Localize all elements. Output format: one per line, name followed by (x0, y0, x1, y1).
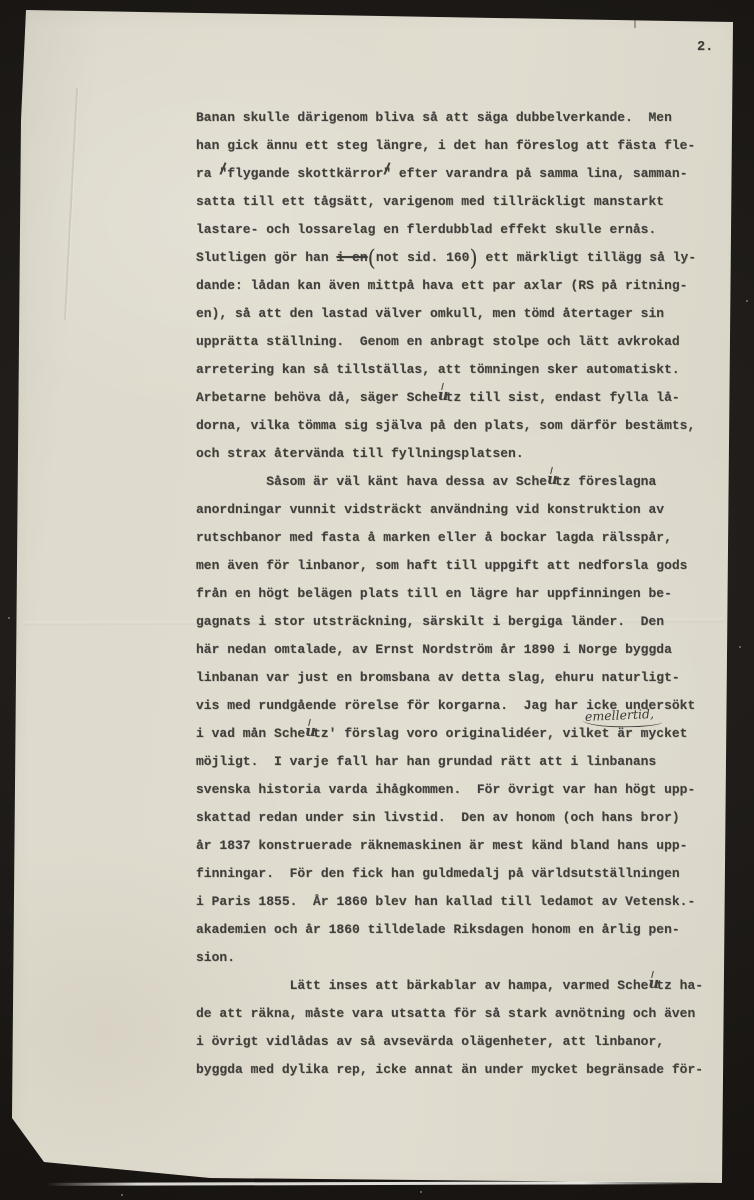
text-line: skattad redan under sin livstid. Den av … (196, 804, 703, 832)
text-line: en), så att den lastad välver omkull, me… (196, 300, 703, 328)
handwritten-letter: u (305, 725, 313, 739)
typed-text: Slutligen gör han (196, 250, 336, 265)
text-line: och strax återvända till fyllningsplatse… (196, 440, 703, 468)
paragraph: Banan skulle därigenom bliva så att säga… (196, 104, 703, 468)
document-text: Banan skulle därigenom bliva så att säga… (196, 104, 703, 1084)
typed-text: efter varandra på samma lina, samman- (391, 166, 687, 181)
typed-text: linbanan var just en bromsbana av detta … (196, 670, 680, 685)
handwritten-letter: u (648, 977, 656, 991)
typed-text: i vad mån Sche (196, 726, 305, 741)
handwritten-insert: emellertid, (585, 711, 586, 723)
typed-text: gagnats i stor utsträckning, särskilt i … (196, 614, 664, 629)
paper-mark (634, 15, 636, 28)
dust-speck (420, 1191, 422, 1193)
typed-text: finningar. För den fick han guldmedalj p… (196, 866, 680, 881)
typed-text: akademien och år 1860 tilldelade Riksdag… (196, 922, 680, 937)
typed-text: rutschbanor med fasta å marken eller å b… (196, 530, 672, 545)
typed-text: dorna, vilka tömma sig själva på den pla… (196, 418, 695, 433)
text-line: år 1837 konstruerade räknemaskinen är me… (196, 832, 703, 860)
typed-text: Såsom är väl känt hava dessa av Sche (196, 474, 547, 489)
text-line: möjligt. I varje fall har han grundad rä… (196, 748, 703, 776)
paper-sheet: 2. Banan skulle därigenom bliva så att s… (0, 0, 754, 1200)
typed-text: ra (196, 166, 219, 181)
typed-text: lastare- och lossarelag en flerdubblad e… (196, 222, 656, 237)
text-line: från en högt belägen plats till en lägre… (196, 580, 703, 608)
text-line: dande: lådan kan även mittpå hava ett pa… (196, 272, 703, 300)
typed-text: en), så att den lastad välver omkull, me… (196, 306, 664, 321)
page-number: 2. (697, 40, 713, 55)
text-line: upprätta ställning. Genom en anbragt sto… (196, 328, 703, 356)
text-line: arretering kan så tillställas, att tömni… (196, 356, 703, 384)
typed-text: dande: lådan kan även mittpå hava ett pa… (196, 278, 687, 293)
text-line: akademien och år 1860 tilldelade Riksdag… (196, 916, 703, 944)
text-line: linbanan var just en bromsbana av detta … (196, 664, 703, 692)
text-line: ra "flygande skottkärror" efter varandra… (196, 160, 703, 188)
text-line: byggda med dylika rep, icke annat än und… (196, 1056, 703, 1084)
text-line: i övrigt vidlådas av så avsevärda olägen… (196, 1028, 703, 1056)
typed-text: i övrigt vidlådas av så avsevärda olägen… (196, 1034, 664, 1049)
text-line: Banan skulle därigenom bliva så att säga… (196, 104, 703, 132)
text-line: Lätt inses att bärkablar av hampa, varme… (196, 972, 703, 1000)
typed-text: not sid. 160 (376, 250, 470, 265)
handwritten-letter: u (438, 389, 446, 403)
text-line: satta till ett tågsätt, varigenom med ti… (196, 188, 703, 216)
typed-text: anordningar vunnit vidsträckt användning… (196, 502, 664, 517)
text-line: finningar. För den fick han guldmedalj p… (196, 860, 703, 888)
text-line: rutschbanor med fasta å marken eller å b… (196, 524, 703, 552)
text-line: men även för linbanor, som haft till upp… (196, 552, 703, 580)
text-line: här nedan omtalade, av Ernst Nordström å… (196, 636, 703, 664)
typed-text: Banan skulle därigenom bliva så att säga… (196, 110, 672, 125)
typed-text: satta till ett tågsätt, varigenom med ti… (196, 194, 664, 209)
typed-text: arretering kan så tillställas, att tömni… (196, 362, 680, 377)
dust-speck (8, 617, 10, 619)
typed-text: tz till sist, endast fylla lå- (446, 390, 680, 405)
text-line: svenska historia varda ihågkommen. För ö… (196, 776, 703, 804)
typed-text: de att räkna, måste vara utsatta för så … (196, 1006, 695, 1021)
dust-speck (121, 1194, 123, 1196)
typed-text: byggda med dylika rep, icke annat än und… (196, 1062, 703, 1077)
typed-text: tz' förslag voro originalidéer, vilket (313, 726, 609, 741)
text-line: Såsom är väl känt hava dessa av Scheutz … (196, 468, 703, 496)
scanned-document: 2. Banan skulle därigenom bliva så att s… (0, 0, 754, 1200)
typed-text: svenska historia varda ihågkommen. För ö… (196, 782, 695, 797)
text-line: i vad mån Scheutz' förslag voro original… (196, 720, 703, 748)
typed-text: tz föreslagna (555, 474, 656, 489)
typed-text: sion. (196, 950, 235, 965)
typed-text: flygande skottkärror (227, 166, 383, 181)
typed-text: skattad redan under sin livstid. Den av … (196, 810, 680, 825)
text-line: Arbetarne behöva då, säger Scheutz till … (196, 384, 703, 412)
typed-text: möjligt. I varje fall har han grundad rä… (196, 754, 656, 769)
text-line: Slutligen gör han i en(not sid. 160) ett… (196, 244, 703, 272)
text-line: lastare- och lossarelag en flerdubblad e… (196, 216, 703, 244)
typed-text: här nedan omtalade, av Ernst Nordström å… (196, 642, 672, 657)
typed-text: från en högt belägen plats till en lägre… (196, 586, 672, 601)
handwritten-quote: " (219, 166, 227, 181)
paper-edge-highlight (46, 1181, 702, 1186)
text-line: de att räkna, måste vara utsatta för så … (196, 1000, 703, 1028)
text-line: anordningar vunnit vidsträckt användning… (196, 496, 703, 524)
dust-speck (746, 300, 748, 302)
typed-text: Lätt inses att bärkablar av hampa, varme… (196, 978, 648, 993)
typed-text: är mycket (609, 726, 687, 741)
typed-text: tz ha- (656, 978, 703, 993)
typed-text: han gick ännu ett steg längre, i det han… (196, 138, 695, 153)
handwritten-letter: u (547, 473, 555, 487)
text-line: dorna, vilka tömma sig själva på den pla… (196, 412, 703, 440)
typed-text: och strax återvända till fyllningsplatse… (196, 446, 524, 461)
struck-text: i en (336, 250, 367, 265)
text-line: gagnats i stor utsträckning, särskilt i … (196, 608, 703, 636)
paper-crease (64, 88, 78, 320)
text-line: i Paris 1855. År 1860 blev han kallad ti… (196, 888, 703, 916)
text-line: han gick ännu ett steg längre, i det han… (196, 132, 703, 160)
text-line: sion. (196, 944, 703, 972)
paragraph: Såsom är väl känt hava dessa av Scheutz … (196, 468, 703, 972)
paragraph: Lätt inses att bärkablar av hampa, varme… (196, 972, 703, 1084)
typed-text: i Paris 1855. År 1860 blev han kallad ti… (196, 894, 695, 909)
dust-speck (739, 646, 741, 648)
typed-text: upprätta ställning. Genom en anbragt sto… (196, 334, 680, 349)
typed-text: år 1837 konstruerade räknemaskinen är me… (196, 838, 687, 853)
typed-text: ett märkligt tillägg så ly- (478, 250, 696, 265)
typed-text: men även för linbanor, som haft till upp… (196, 558, 687, 573)
typed-text: Arbetarne behöva då, säger Sche (196, 390, 438, 405)
handwritten-quote: " (383, 166, 391, 181)
